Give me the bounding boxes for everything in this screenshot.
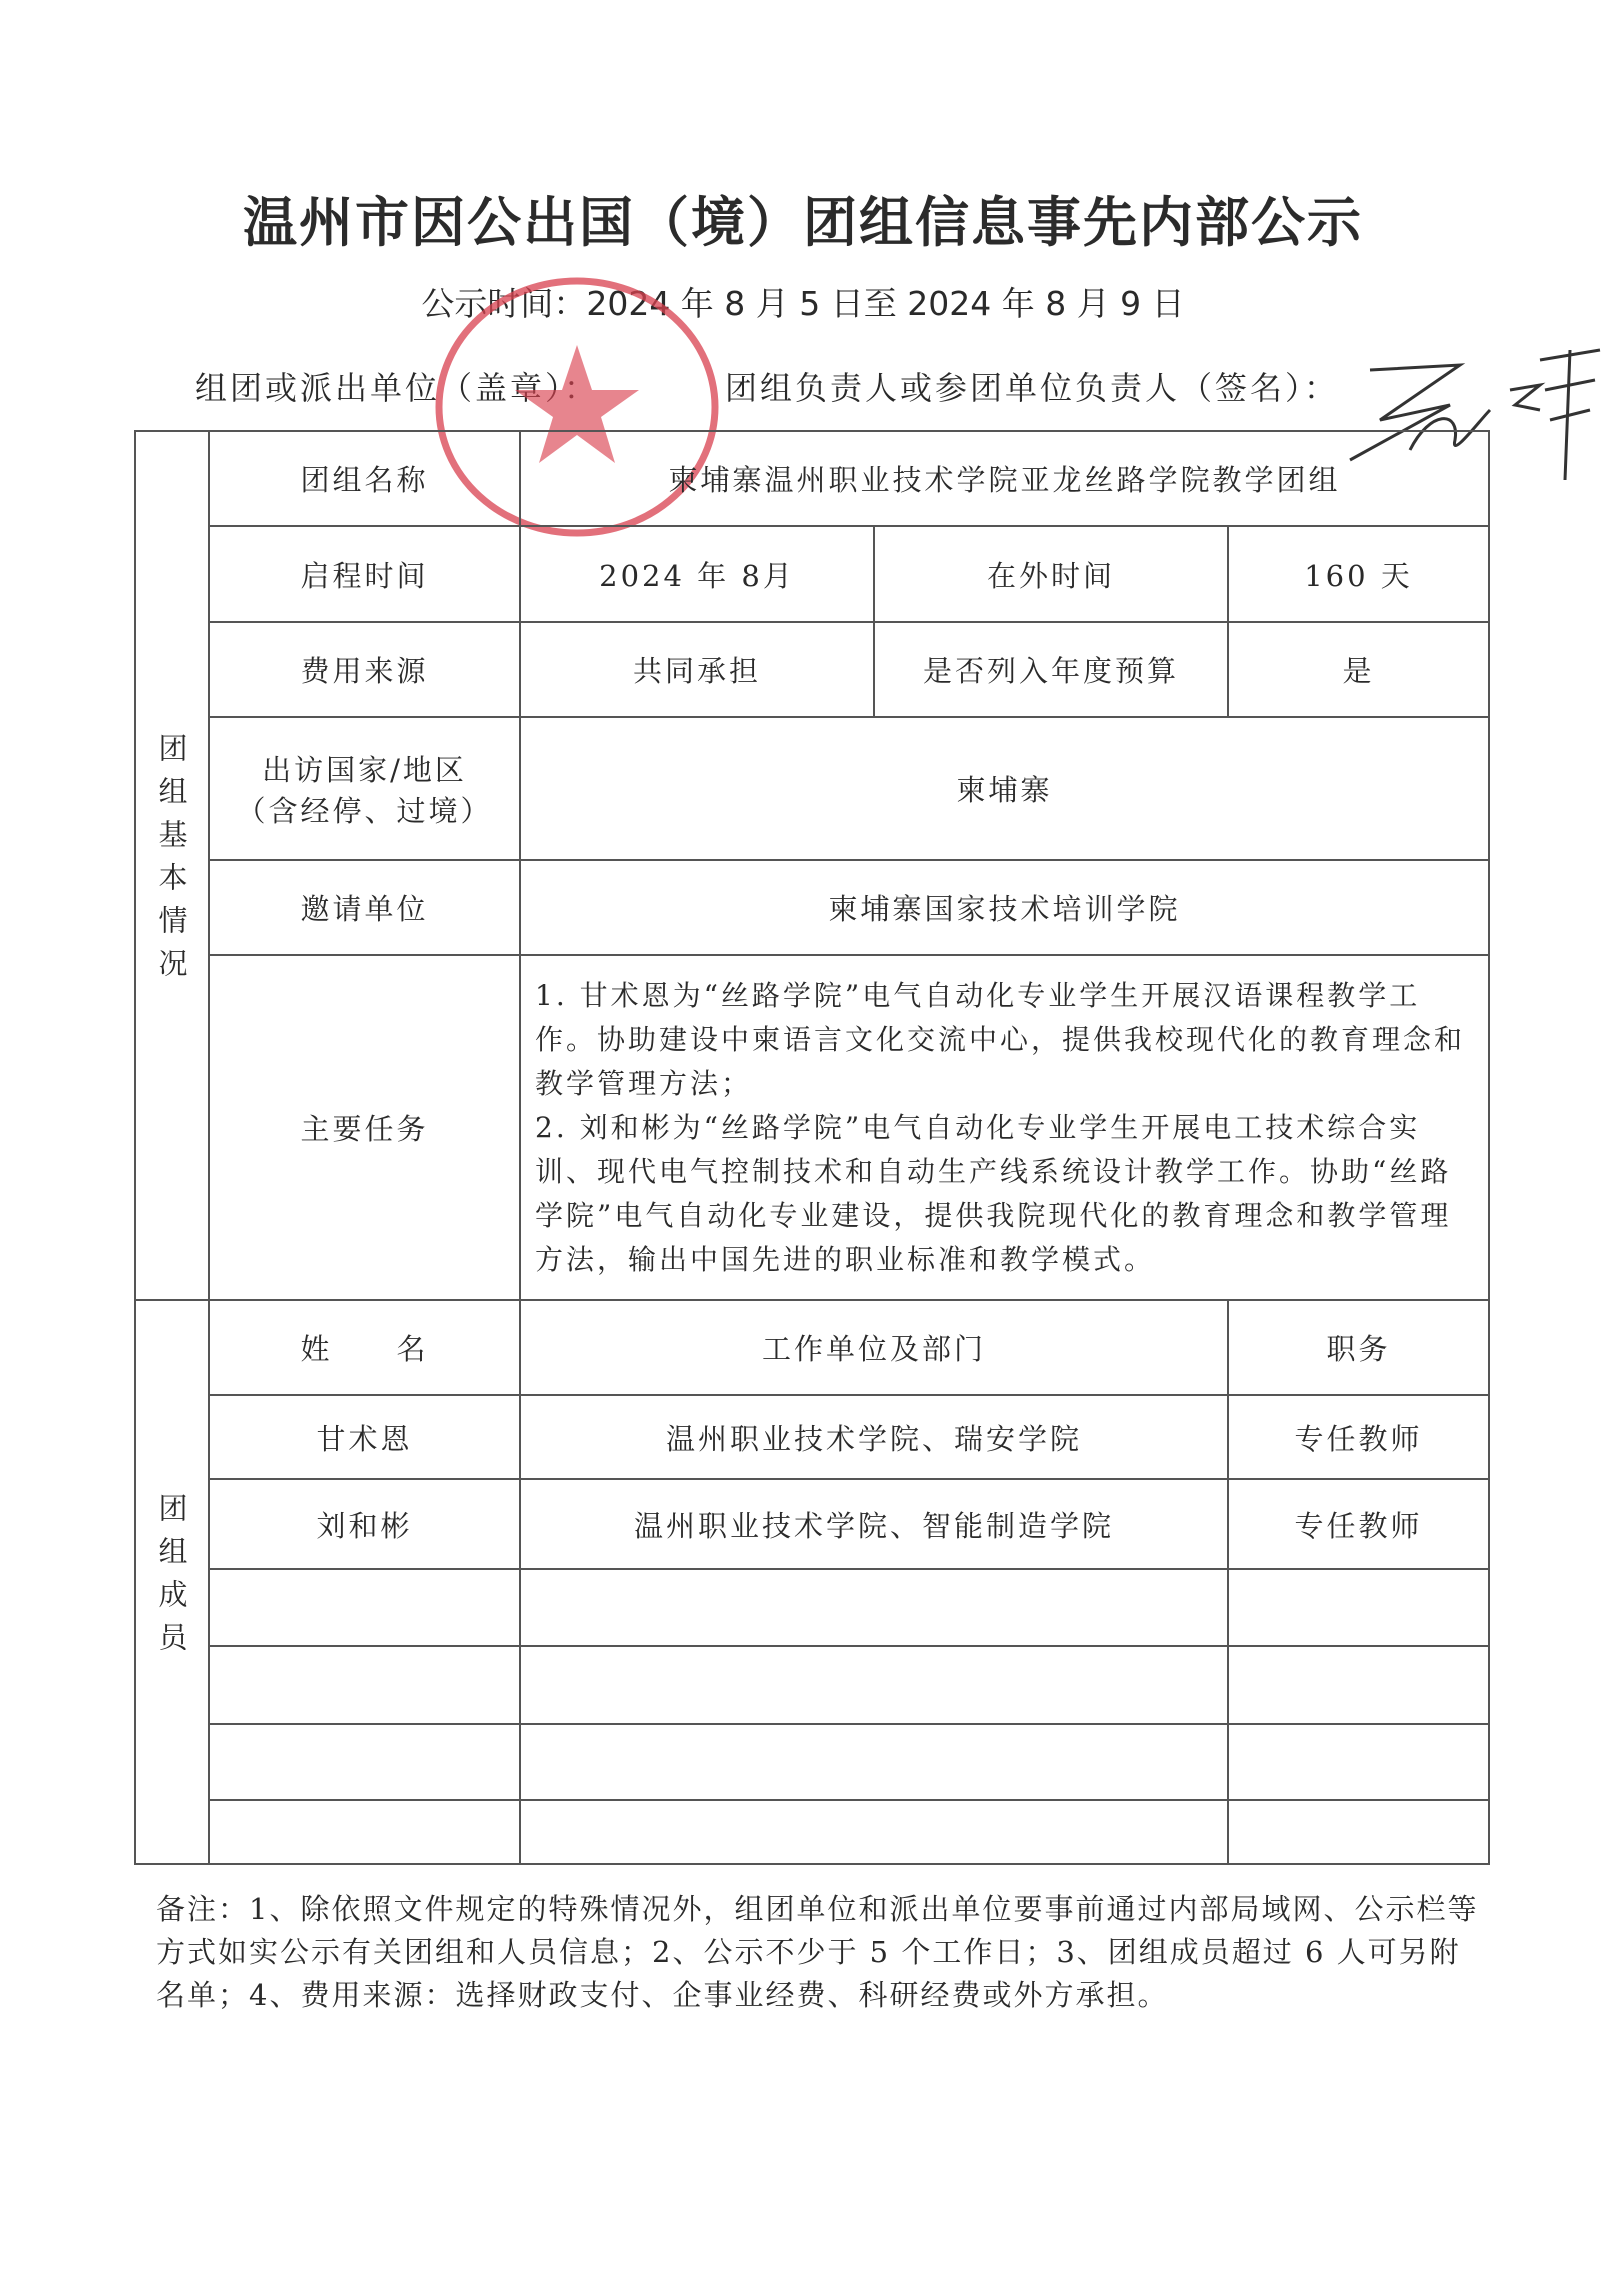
member-name: 甘术恩 <box>209 1395 520 1479</box>
header-name: 姓 名 <box>209 1300 520 1395</box>
member-position <box>1228 1800 1489 1864</box>
signature-row: 组团或派出单位（盖章）： 团组负责人或参团单位负责人（签名）： <box>195 363 599 409</box>
member-name <box>209 1724 520 1800</box>
country-label-line1: 出访国家/地区 <box>216 748 513 789</box>
member-position <box>1228 1569 1489 1646</box>
basic-info-section-label: 团组基本情况 <box>135 431 209 1300</box>
document-title: 温州市因公出国（境）团组信息事先内部公示 <box>0 180 1606 257</box>
inviter-value: 柬埔寨国家技术培训学院 <box>520 860 1489 955</box>
inviter-label: 邀请单位 <box>209 860 520 955</box>
header-unit: 工作单位及部门 <box>520 1300 1228 1395</box>
group-info-table: 团组基本情况 团组名称 柬埔寨温州职业技术学院亚龙丝路学院教学团组 启程时间 2… <box>134 430 1490 1865</box>
member-position <box>1228 1646 1489 1724</box>
table-row <box>135 1724 1489 1800</box>
member-unit <box>520 1569 1228 1646</box>
country-value: 柬埔寨 <box>520 717 1489 860</box>
group-name-value: 柬埔寨温州职业技术学院亚龙丝路学院教学团组 <box>520 431 1489 526</box>
task-item: 2. 刘和彬为“丝路学院”电气自动化专业学生开展电工技术综合实训、现代电气控制技… <box>535 1106 1476 1282</box>
member-name <box>209 1646 520 1724</box>
tasks-label: 主要任务 <box>209 955 520 1300</box>
member-unit: 温州职业技术学院、智能制造学院 <box>520 1479 1228 1569</box>
duration-label: 在外时间 <box>874 526 1228 622</box>
country-label: 出访国家/地区 （含经停、过境） <box>209 717 520 860</box>
table-row: 刘和彬 温州职业技术学院、智能制造学院 专任教师 <box>135 1479 1489 1569</box>
country-label-line2: （含经停、过境） <box>216 789 513 830</box>
member-name <box>209 1800 520 1864</box>
member-unit <box>520 1646 1228 1724</box>
duration-value: 160 天 <box>1228 526 1489 622</box>
member-position <box>1228 1724 1489 1800</box>
member-unit <box>520 1724 1228 1800</box>
group-name-label: 团组名称 <box>209 431 520 526</box>
departure-value: 2024 年 8月 <box>520 526 874 622</box>
funding-label: 费用来源 <box>209 622 520 717</box>
departure-label: 启程时间 <box>209 526 520 622</box>
table-row: 甘术恩 温州职业技术学院、瑞安学院 专任教师 <box>135 1395 1489 1479</box>
task-item: 1. 甘术恩为“丝路学院”电气自动化专业学生开展汉语课程教学工作。协助建设中柬语… <box>535 974 1476 1106</box>
publicity-period: 公示时间：2024 年 8 月 5 日至 2024 年 8 月 9 日 <box>0 278 1606 325</box>
table-row <box>135 1800 1489 1864</box>
member-unit: 温州职业技术学院、瑞安学院 <box>520 1395 1228 1479</box>
member-unit <box>520 1800 1228 1864</box>
table-row <box>135 1569 1489 1646</box>
member-name: 刘和彬 <box>209 1479 520 1569</box>
header-position: 职务 <box>1228 1300 1489 1395</box>
member-position: 专任教师 <box>1228 1395 1489 1479</box>
tasks-value: 1. 甘术恩为“丝路学院”电气自动化专业学生开展汉语课程教学工作。协助建设中柬语… <box>520 955 1489 1300</box>
member-position: 专任教师 <box>1228 1479 1489 1569</box>
budget-value: 是 <box>1228 622 1489 717</box>
leader-label: 团组负责人或参团单位负责人（签名）： <box>725 363 1339 409</box>
table-row <box>135 1646 1489 1724</box>
member-name <box>209 1569 520 1646</box>
members-section-label: 团组成员 <box>135 1300 209 1864</box>
budget-label: 是否列入年度预算 <box>874 622 1228 717</box>
funding-value: 共同承担 <box>520 622 874 717</box>
organizer-label: 组团或派出单位（盖章）： <box>195 369 599 407</box>
footnote-remarks: 备注：1、除依照文件规定的特殊情况外，组团单位和派出单位要事前通过内部局域网、公… <box>156 1888 1486 2017</box>
